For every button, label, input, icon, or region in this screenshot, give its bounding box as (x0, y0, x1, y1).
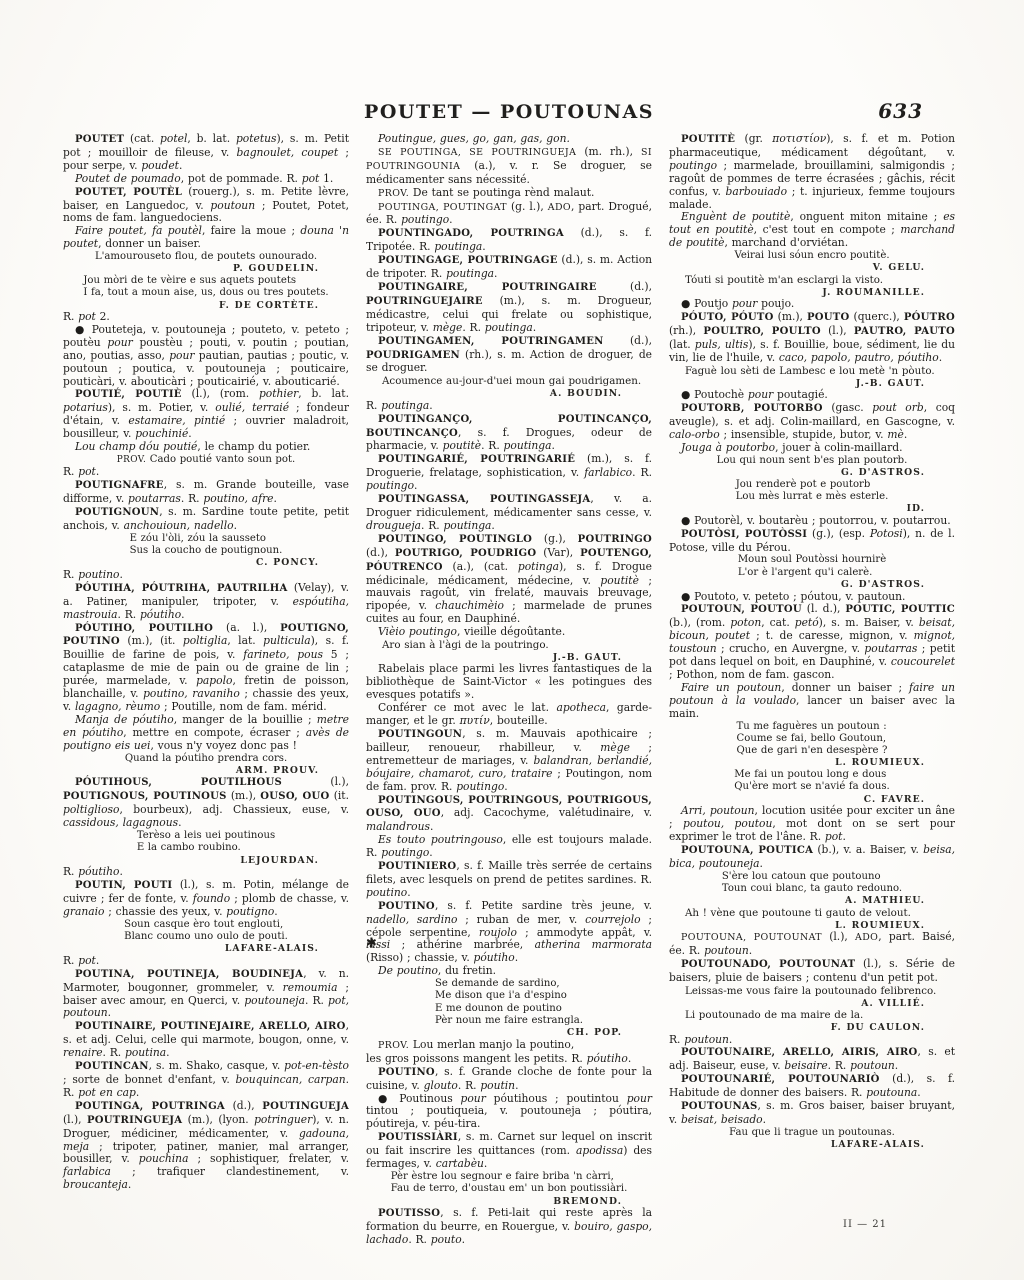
entry-paragraph: Faire un poutoun, donner un baiser ; fai… (669, 682, 955, 721)
verse-quote: Jou renderè pot e poutorbLou mès lurrat … (669, 479, 955, 504)
attribution: LAFARE-ALAIS. (669, 1139, 955, 1151)
text-columns: POUTET (cat. potel, b. lat. potetus), s.… (63, 133, 955, 1247)
entry-paragraph: PÓUTIHOUS, POUTILHOUS (l.), POUTIGNOUS, … (63, 776, 349, 830)
entry-paragraph: PÓUTIHA, PÓUTRIHA, PAUTRILHA (Velay), v.… (63, 582, 349, 622)
entry-paragraph: POUTIGNAFRE, s. m. Grande bouteille, vas… (63, 479, 349, 506)
entry-paragraph: ● Poutinous pour póutihous ; poutintou p… (366, 1093, 652, 1132)
entry-paragraph: POUTINA, POUTINEJA, BOUDINEJA, v. n. Mar… (63, 968, 349, 1021)
entry-paragraph: POUTET (cat. potel, b. lat. potetus), s.… (63, 133, 349, 173)
entry-paragraph: POUTINGOUS, POUTRINGOUS, POUTRIGOUS, OUS… (366, 794, 652, 835)
entry-paragraph: PROV. De tant se poutinga rènd malaut. (366, 187, 652, 201)
quote-line: Li poutounado de ma maire de la. (669, 1009, 955, 1022)
entry-paragraph: POUTINGAIRE, POUTRINGAIRE (d.), POUTRING… (366, 281, 652, 335)
entry-paragraph: POUTOUN, POUTOU (l. d.), POUTIC, POUTTIC… (669, 603, 955, 681)
entry-paragraph: POUTITÈ (gr. ποτιστίον), s. f. et m. Pot… (669, 133, 955, 211)
attribution: A. VILLIÉ. (669, 998, 955, 1010)
attribution: G. D'ASTROS. (669, 579, 955, 591)
entry-paragraph: POUTINIERO, s. f. Maille très serrée de … (366, 860, 652, 900)
entry-paragraph: POUTOUNA, POUTOUNAT (l.), ADO, part. Bai… (669, 931, 955, 958)
entry-paragraph: Arri, poutoun, locution usitée pour exci… (669, 805, 955, 844)
reference-line: R. poutinga. (366, 400, 652, 413)
entry-paragraph: POUTISSIÀRI, s. m. Carnet sur lequel on … (366, 1131, 652, 1171)
verse-quote: E zóu l'òli, zóu la saussetoSus la couch… (63, 533, 349, 558)
verse-quote: Moun soul Poutòssi hournirèL'or è l'arge… (669, 554, 955, 579)
entry-paragraph: PÓUTIHO, POUTILHO (a. l.), POUTIGNO, POU… (63, 622, 349, 714)
margin-asterisk-mark: ✱ (366, 936, 377, 951)
verse-quote: Terèso a leis uei poutinousE la cambo ro… (63, 830, 349, 855)
entry-paragraph: Faire poutet, fa poutèl, faire la moue ;… (63, 225, 349, 251)
attribution: LAFARE-ALAIS. (63, 943, 349, 955)
entry-paragraph: POUTINGA, POUTRINGA (d.), POUTINGUEJA (l… (63, 1100, 349, 1192)
verse-quote: Lou qui noun sent b'es plan poutorb. (669, 455, 955, 467)
entry-paragraph: POUTINCAN, s. m. Shako, casque, v. pot-e… (63, 1060, 349, 1100)
verse-quote: Pèr èstre lou segnour e faire briba 'n c… (366, 1171, 652, 1196)
entry-paragraph: POUTINGA, POUTINGAT (g. l.), ADO, part. … (366, 201, 652, 228)
entry-paragraph: POUTIN, POUTI (l.), s. m. Potin, mélange… (63, 879, 349, 919)
entry-paragraph: POUNTINGADO, POUTRINGA (d.), s. f. Tripo… (366, 227, 652, 254)
entry-paragraph: POUTOUNADO, POUTOUNAT (l.), s. Série de … (669, 958, 955, 985)
entry-paragraph: Es touto poutringouso, elle est toujours… (366, 834, 652, 860)
entry-paragraph: POUTORB, POUTORBO (gasc. pout orb, coq a… (669, 402, 955, 442)
reference-line: R. pot. (63, 955, 349, 968)
quote-line: Leissas-me vous faire la poutounado feli… (669, 985, 955, 998)
entry-paragraph: POUTET, POUTÈL (rouerg.), s. m. Petite l… (63, 186, 349, 226)
entry-paragraph: Poutingue, gues, go, gan, gas, gon. (366, 133, 652, 146)
reference-line: R. poutoun. (669, 1034, 955, 1047)
entry-paragraph: POUTINGARIÉ, POUTRINGARIÉ (m.), s. f. Dr… (366, 453, 652, 493)
attribution: ID. (669, 503, 955, 515)
entry-paragraph: POUTINGAGE, POUTRINGAGE (d.), s. m. Acti… (366, 254, 652, 281)
entry-paragraph: POUTIÉ, POUTIÈ (l.), (rom. pothier, b. l… (63, 388, 349, 441)
entry-paragraph: POUTINGASSA, POUTINGASSEJA, v. a. Drogue… (366, 493, 652, 533)
entry-paragraph: PROV. Lou merlan manjo la poutino, (366, 1039, 652, 1053)
page-header: POUTET — POUTOUNAS 633 (63, 101, 955, 125)
verse-quote: Soun casque èro tout englouti,Blanc coum… (63, 919, 349, 944)
entry-paragraph: POUTOUNA, POUTICA (b.), v. a. Baiser, v.… (669, 844, 955, 871)
attribution: V. GELU. (669, 262, 955, 274)
verse-quote: Veirai lusi sóun encro poutitè. (669, 250, 955, 262)
entry-paragraph: POUTOUNAS, s. m. Gros baiser, baiser bru… (669, 1100, 955, 1127)
entry-paragraph: POUTINO, s. f. Grande cloche de fonte po… (366, 1066, 652, 1093)
entry-paragraph: POUTINGAMEN, POUTRINGAMEN (d.), POUDRIGA… (366, 335, 652, 376)
entry-paragraph: Enguènt de poutitè, onguent miton mitain… (669, 211, 955, 250)
attribution: L. ROUMIEUX. (669, 757, 955, 769)
quote-line: Aro sian à l'àgi de la poutringo. (366, 639, 652, 652)
entry-paragraph: POUTIGNOUN, s. m. Sardine toute petite, … (63, 506, 349, 533)
attribution: G. D'ASTROS. (669, 467, 955, 479)
verse-quote: Tu me faguères un poutoun :Coume se fai,… (669, 721, 955, 758)
entry-paragraph: Rabelais place parmi les livres fantasti… (366, 663, 652, 702)
entry-paragraph: POUTISSO, s. f. Peti-lait qui reste aprè… (366, 1207, 652, 1247)
entry-paragraph: POUTINO, s. f. Petite sardine très jeune… (366, 900, 652, 966)
attribution: A. MATHIEU. (669, 895, 955, 907)
verse-quote: Jou mòri de te vèire e sus aquets poutet… (63, 275, 349, 300)
dictionary-page: POUTET — POUTOUNAS 633 POUTET (cat. pote… (0, 0, 1024, 1280)
entry-paragraph: POUTINAIRE, POUTINEJAIRE, ARELLO, AIRO, … (63, 1020, 349, 1060)
dictionary-column-right: POUTITÈ (gr. ποτιστίον), s. f. et m. Pot… (669, 133, 955, 1151)
verse-quote: PROV. Cado poutié vanto soun pot. (63, 454, 349, 466)
entry-paragraph: POUTOUNAIRE, ARELLO, AIRIS, AIRO, s. et … (669, 1046, 955, 1073)
entry-paragraph: Lou champ dóu poutié, le champ du potier… (63, 441, 349, 454)
dictionary-column-middle: Poutingue, gues, go, gan, gas, gon.SE PO… (366, 133, 652, 1247)
verse-quote: S'ère lou catoun que poutounoToun coui b… (669, 871, 955, 896)
entry-paragraph: ● Pouteteja, v. poutouneja ; pouteto, v.… (63, 324, 349, 389)
verse-quote: Quand la póutiho prendra cors. (63, 753, 349, 765)
attribution: P. GOUDELIN. (63, 263, 349, 275)
dictionary-column-left: POUTET (cat. potel, b. lat. potetus), s.… (63, 133, 349, 1192)
quote-line: Ah ! vène que poutoune ti gauto de velou… (669, 907, 955, 920)
quote-line: Acoumence au-jour-d'uei moun gai poudrig… (366, 375, 652, 388)
reference-line: R. poutino. (63, 569, 349, 582)
entry-paragraph: Poutet de poumado, pot de pommade. R. po… (63, 173, 349, 186)
entry-paragraph: Vièio poutingo, vieille dégoûtante. (366, 626, 652, 639)
quote-line: Tóuti si poutitè m'an esclargi la visto. (669, 274, 955, 287)
verse-quote: Se demande de sardino,Me dison que i'a d… (366, 978, 652, 1027)
entry-paragraph: POUTINGANÇO, POUTINCANÇO, BOUTINCANÇO, s… (366, 413, 652, 454)
entry-paragraph: Manja de póutiho, manger de la bouillie … (63, 714, 349, 753)
footer-signature-mark: II — 21 (843, 1219, 887, 1230)
verse-quote: Me fai un poutou long e dousQu'ère mort … (669, 769, 955, 794)
reference-line: les gros poissons mangent les petits. R.… (366, 1053, 652, 1066)
entry-paragraph: POUTINGOUN, s. m. Mauvais apothicaire ; … (366, 728, 652, 794)
entry-paragraph: Jouga à poutorbo, jouer à colin-maillard… (669, 442, 955, 455)
entry-paragraph: Conférer ce mot avec le lat. apotheca, g… (366, 702, 652, 728)
verse-quote: L'amourouseto flou, de poutets ounourado… (63, 251, 349, 263)
entry-paragraph: De poutino, du fretin. (366, 965, 652, 978)
entry-paragraph: POUTOUNARIÉ, POUTOUNARIÒ (d.), s. f. Hab… (669, 1073, 955, 1100)
entry-paragraph: POUTINGO, POUTINGLO (g.), POUTRINGO (d.)… (366, 533, 652, 626)
page-number: 633 (878, 99, 923, 123)
verse-quote: Fau que li trague un poutounas. (669, 1127, 955, 1139)
entry-paragraph: POUTÒSI, POUTÒSSI (g.), (esp. Potosi), n… (669, 528, 955, 555)
entry-paragraph: ● Poutorèl, v. boutarèu ; poutorrou, v. … (669, 515, 955, 528)
entry-paragraph: ● Poutjo pour poujo. (669, 298, 955, 311)
entry-paragraph: PÓUTO, PÓUTO (m.), POUTO (querc.), PÓUTR… (669, 311, 955, 365)
entry-paragraph: SE POUTINGA, SE POUTRINGUEJA (m. rh.), S… (366, 146, 652, 187)
quote-line: Faguè lou sèti de Lambesc e lou metè 'n … (669, 365, 955, 378)
page-title: POUTET — POUTOUNAS (63, 101, 955, 123)
